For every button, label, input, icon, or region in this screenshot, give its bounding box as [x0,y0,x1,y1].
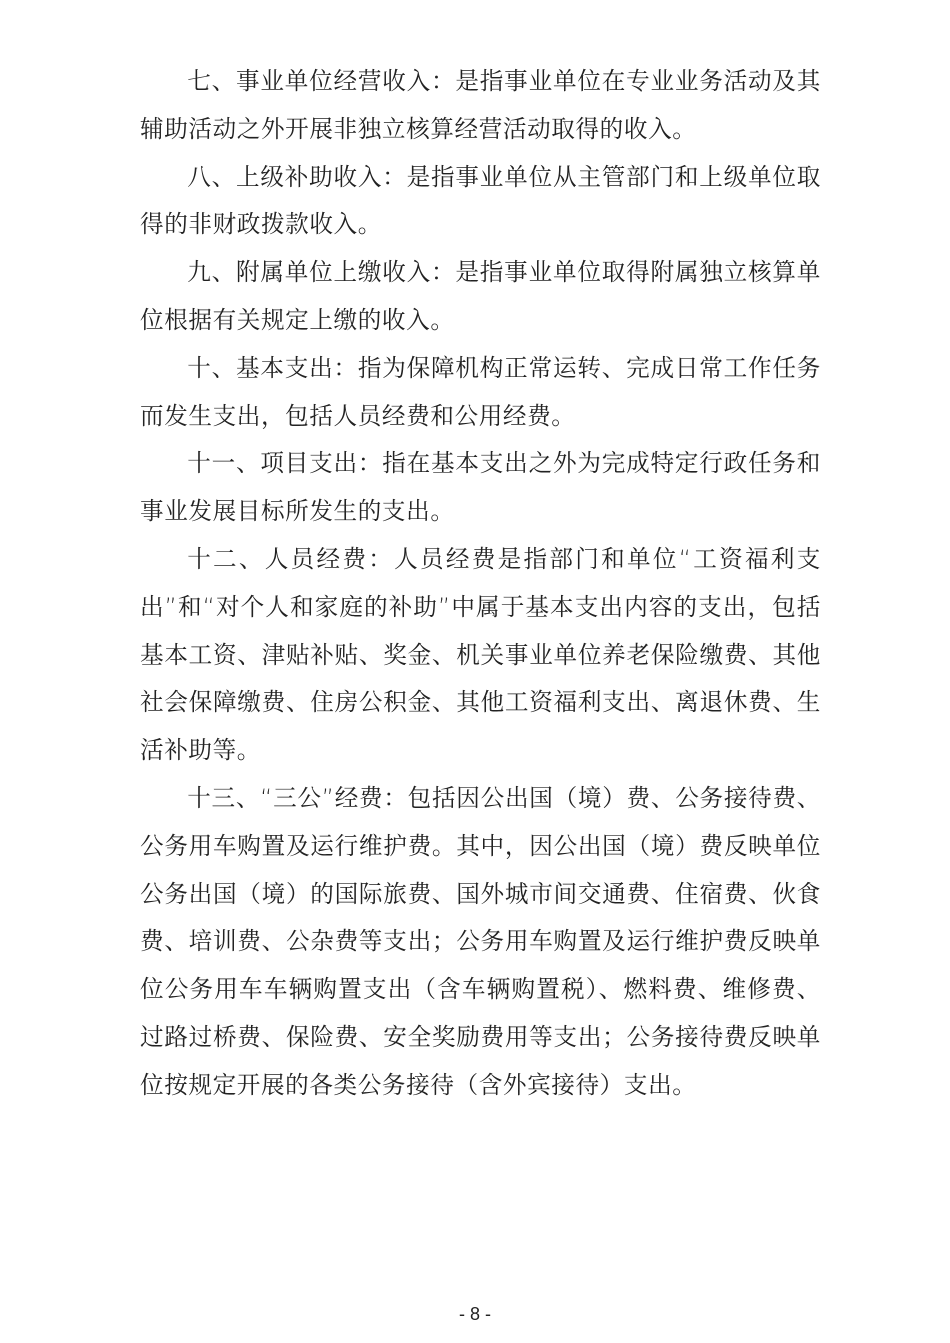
paragraph-personnel-expenses: 十二、人员经费：人员经费是指部门和单位“工资福利支出”和“对个人和家庭的补助”中… [140,536,821,775]
paragraph-superior-subsidy-income: 八、上级补助收入：是指事业单位从主管部门和上级单位取得的非财政拨款收入。 [140,154,821,250]
paragraph-three-public-expenses: 十三、“三公”经费：包括因公出国（境）费、公务接待费、公务用车购置及运行维护费。… [140,775,821,1110]
paragraph-basic-expenditure: 十、基本支出：指为保障机构正常运转、完成日常工作任务而发生支出，包括人员经费和公… [140,345,821,441]
document-body: 七、事业单位经营收入：是指事业单位在专业业务活动及其辅助活动之外开展非独立核算经… [140,58,821,1110]
paragraph-affiliated-unit-remittance: 九、附属单位上缴收入：是指事业单位取得附属独立核算单位根据有关规定上缴的收入。 [140,249,821,345]
page-number: - 8 - [0,1304,950,1325]
paragraph-business-operating-income: 七、事业单位经营收入：是指事业单位在专业业务活动及其辅助活动之外开展非独立核算经… [140,58,821,154]
paragraph-project-expenditure: 十一、项目支出：指在基本支出之外为完成特定行政任务和事业发展目标所发生的支出。 [140,440,821,536]
